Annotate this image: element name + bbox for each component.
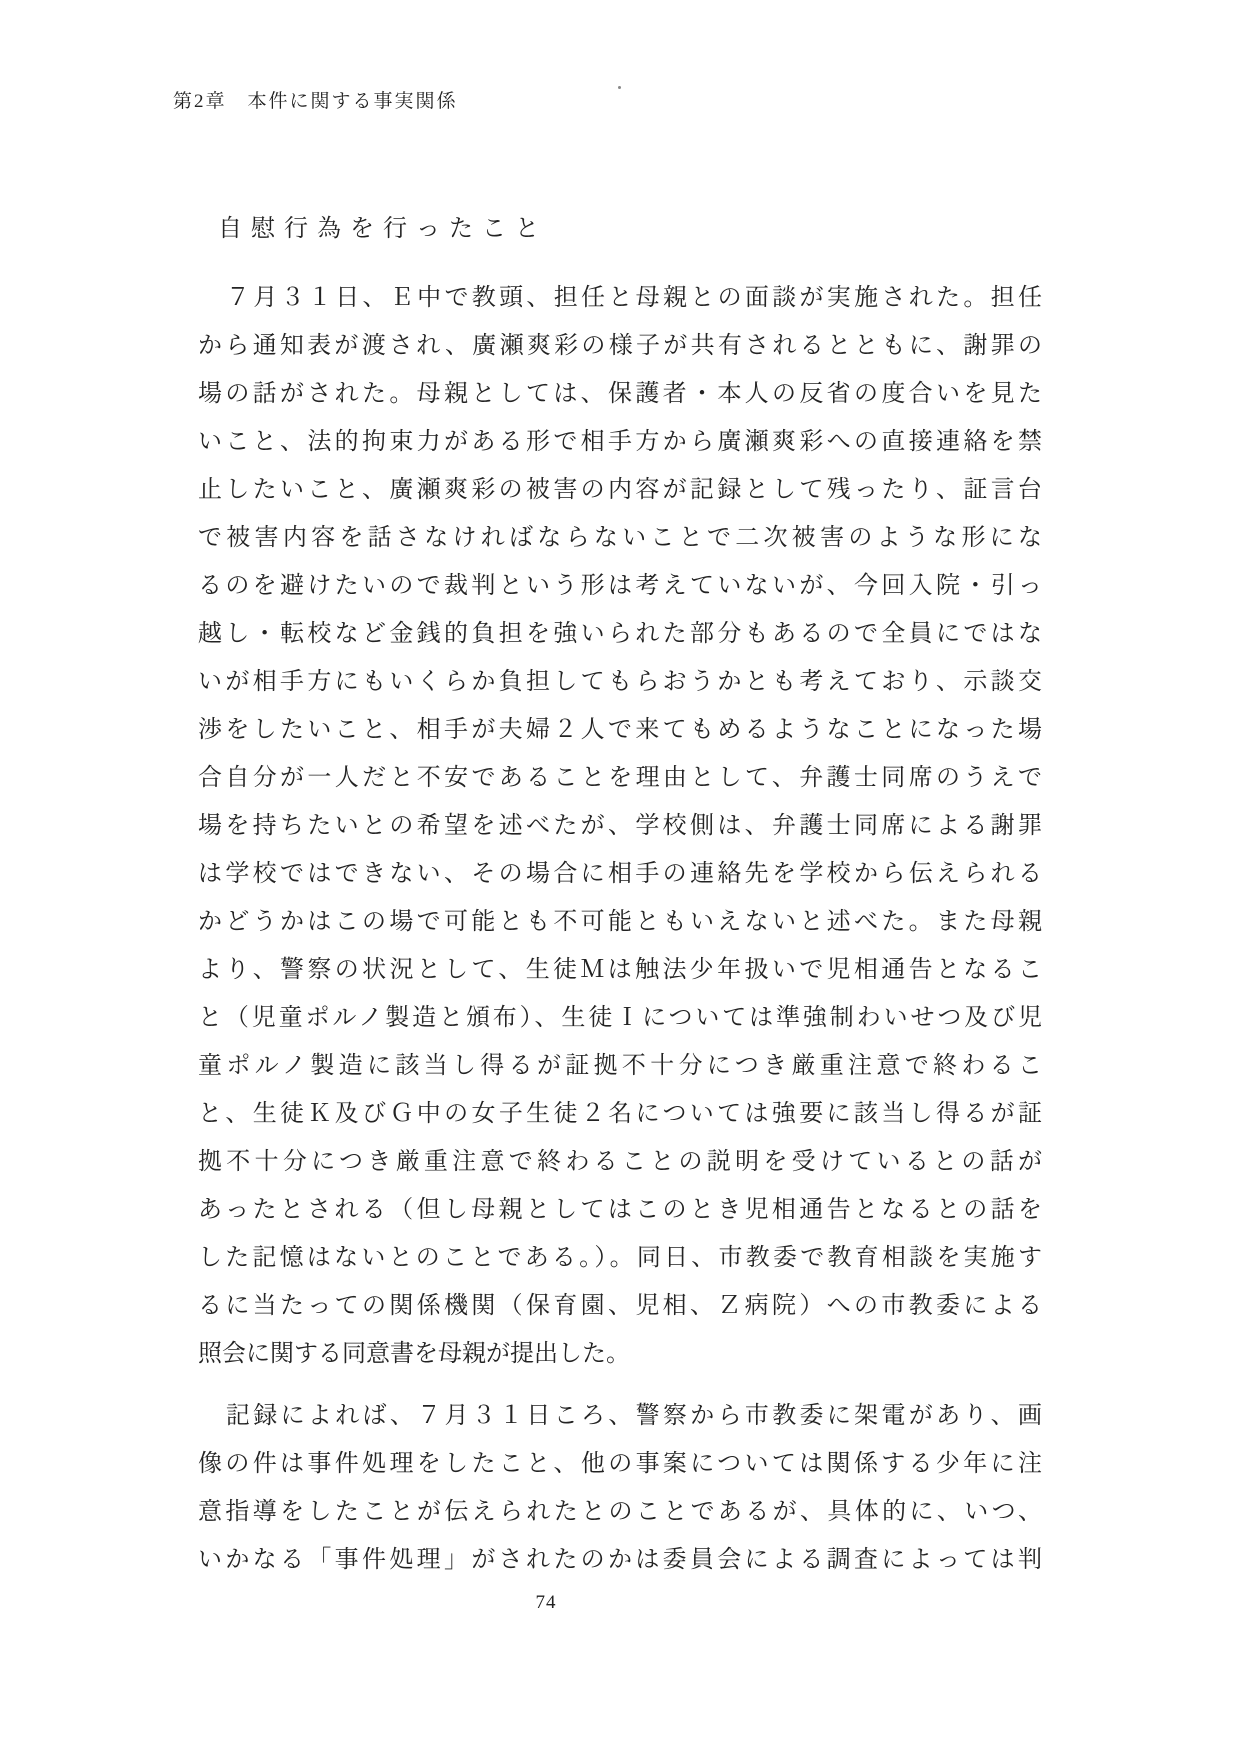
text-line: 止したいこと、廣瀬爽彩の被害の内容が記録として残ったり、証言台 xyxy=(198,466,1042,514)
text-line: いかなる「事件処理」がされたのかは委員会による調査によっては判 xyxy=(198,1536,1042,1584)
text-line: より、警察の状況として、生徒Ｍは触法少年扱いで児相通告となるこ xyxy=(198,946,1042,994)
text-line: 童ポルノ製造に該当し得るが証拠不十分につき厳重注意で終わるこ xyxy=(198,1042,1042,1090)
text-line: ７月３１日、Ｅ中で教頭、担任と母親との面談が実施された。担任 xyxy=(198,274,1042,322)
text-line: るのを避けたいので裁判という形は考えていないが、今回入院・引っ xyxy=(198,562,1042,610)
text-line: 越し・転校など金銭的負担を強いられた部分もあるので全員にではな xyxy=(198,610,1042,658)
text-line: 像の件は事件処理をしたこと、他の事案については関係する少年に注 xyxy=(198,1440,1042,1488)
text-line: から通知表が渡され、廣瀬爽彩の様子が共有されるとともに、謝罪の xyxy=(198,322,1042,370)
text-body: 自慰行為を行ったこと ７月３１日、Ｅ中で教頭、担任と母親との面談が実施された。担… xyxy=(198,208,1042,1584)
text-line: いこと、法的拘束力がある形で相手方から廣瀬爽彩への直接連絡を禁 xyxy=(198,418,1042,466)
text-line: あったとされる（但し母親としてはこのとき児相通告となるとの話を xyxy=(198,1186,1042,1234)
text-line: 渉をしたいこと、相手が夫婦２人で来てもめるようなことになった場 xyxy=(198,706,1042,754)
paragraph-1: ７月３１日、Ｅ中で教頭、担任と母親との面談が実施された。担任 から通知表が渡され… xyxy=(198,274,1042,1378)
text-line: した記憶はないとのことである。）。同日、市教委で教育相談を実施す xyxy=(198,1234,1042,1282)
scan-artifact-dot xyxy=(618,86,621,89)
text-line: で被害内容を話さなければならないことで二次被害のような形にな xyxy=(198,514,1042,562)
paragraph-2: 記録によれば、７月３１日ころ、警察から市教委に架電があり、画 像の件は事件処理を… xyxy=(198,1392,1042,1584)
text-line: 場を持ちたいとの希望を述べたが、学校側は、弁護士同席による謝罪 xyxy=(198,802,1042,850)
text-line: 照会に関する同意書を母親が提出した。 xyxy=(198,1330,1042,1378)
text-line: 場の話がされた。母親としては、保護者・本人の反省の度合いを見た xyxy=(198,370,1042,418)
text-line: 意指導をしたことが伝えられたとのことであるが、具体的に、いつ、 xyxy=(198,1488,1042,1536)
text-line: 記録によれば、７月３１日ころ、警察から市教委に架電があり、画 xyxy=(198,1392,1042,1440)
text-line: と（児童ポルノ製造と頒布）、生徒Ｉについては準強制わいせつ及び児 xyxy=(198,994,1042,1042)
text-line: は学校ではできない、その場合に相手の連絡先を学校から伝えられる xyxy=(198,850,1042,898)
page-number: 74 xyxy=(0,1592,1092,1614)
text-line: るに当たっての関係機関（保育園、児相、Ｚ病院）への市教委による xyxy=(198,1282,1042,1330)
text-line: 拠不十分につき厳重注意で終わることの説明を受けているとの話が xyxy=(198,1138,1042,1186)
text-line: 合自分が一人だと不安であることを理由として、弁護士同席のうえで xyxy=(198,754,1042,802)
text-line: いが相手方にもいくらか負担してもらおうかとも考えており、示談交 xyxy=(198,658,1042,706)
running-header: 第2章 本件に関する事実関係 xyxy=(173,86,458,113)
text-line: と、生徒Ｋ及びＧ中の女子生徒２名については強要に該当し得るが証 xyxy=(198,1090,1042,1138)
document-page: 第2章 本件に関する事実関係 自慰行為を行ったこと ７月３１日、Ｅ中で教頭、担任… xyxy=(0,0,1239,1754)
text-line: かどうかはこの場で可能とも不可能ともいえないと述べた。また母親 xyxy=(198,898,1042,946)
section-heading: 自慰行為を行ったこと xyxy=(198,208,1042,250)
